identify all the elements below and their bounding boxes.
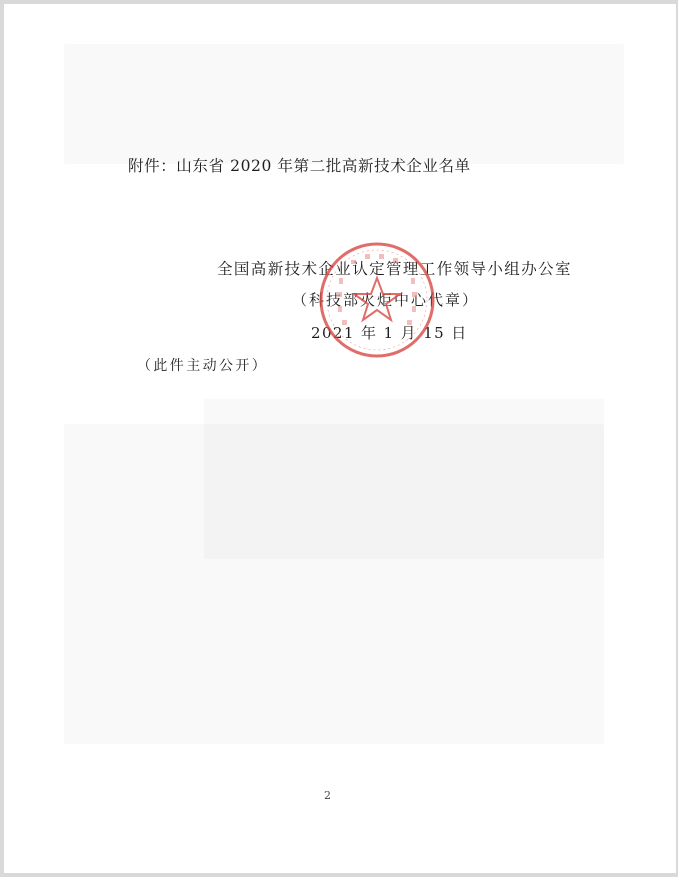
page-number: 2 bbox=[324, 789, 331, 802]
issuing-office: 全国高新技术企业认定管理工作领导小组办公室 bbox=[217, 257, 572, 279]
issue-date: 2021 年 1 月 15 日 bbox=[311, 322, 468, 343]
bleed-through bbox=[64, 44, 624, 164]
document-page: 附件：山东省 2020 年第二批高新技术企业名单 全国高新技术企业认定管理工作领… bbox=[4, 4, 676, 873]
bleed-through bbox=[64, 424, 604, 744]
issuer-note: （科技部火炬中心代章） bbox=[292, 289, 479, 310]
disclosure-note: （此件主动公开） bbox=[137, 355, 268, 375]
attachment-title: 附件：山东省 2020 年第二批高新技术企业名单 bbox=[128, 154, 471, 176]
